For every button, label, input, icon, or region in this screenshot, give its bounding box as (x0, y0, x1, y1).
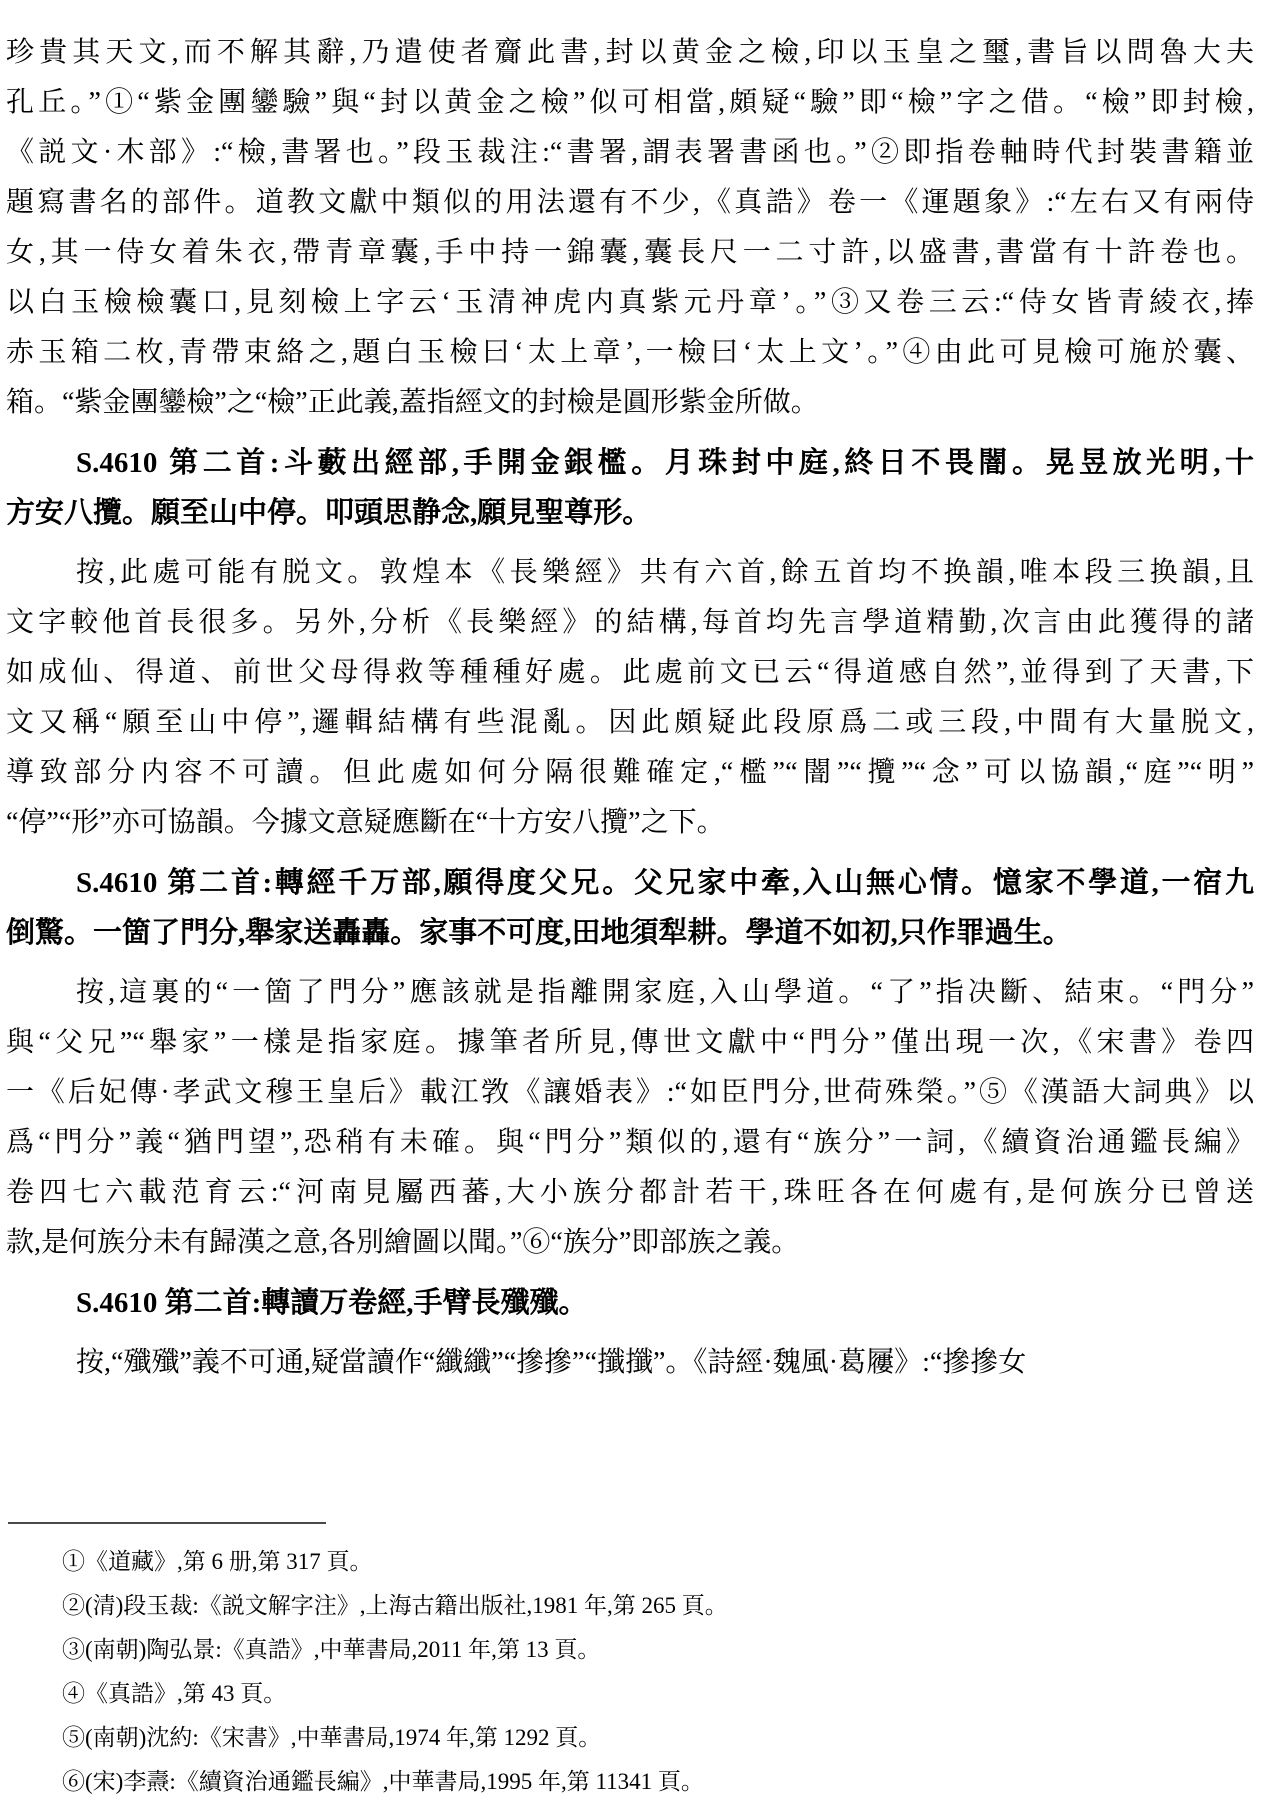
body-text-line: 導致部分内容不可讀。但此處如何分隔很難確定,“檻”“闇”“攬”“念”可以協韻,“… (6, 748, 1254, 798)
body-text-line: 文又稱“願至山中停”,邏輯結構有些混亂。因此頗疑此段原爲二或三段,中間有大量脱文… (6, 698, 1254, 748)
footnote-separator (8, 1522, 326, 1524)
body-text-line: 款,是何族分未有歸漢之意,各別繪圖以聞。”⑥“族分”即部族之義。 (6, 1218, 1254, 1268)
body-text-line: 孔丘。”①“紫金團鑾驗”與“封以黄金之檢”似可相當,頗疑“驗”即“檢”字之借。“… (6, 78, 1254, 128)
heading-line: 方安八攬。願至山中停。叩頭思静念,願見聖尊形。 (6, 488, 1254, 538)
body-text-line: 以白玉檢檢囊口,見刻檢上字云‘玉清神虎内真紫元丹章’。”③又卷三云:“侍女皆青綾… (6, 278, 1254, 328)
footnote-item: ④《真誥》,第 43 頁。 (62, 1672, 1254, 1716)
body-text-line: “停”“形”亦可協韻。今據文意疑應斷在“十方安八攬”之下。 (6, 798, 1254, 848)
paragraph-block: 按,“殲殲”義不可通,疑當讀作“纖纖”“摻摻”“攕攕”。《詩經·魏風·葛屨》:“… (6, 1338, 1254, 1388)
heading-block: S.4610 第二首:轉讀万卷經,手臂長殲殲。 (6, 1278, 1254, 1328)
paragraph-block: 按,這裏的“一箇了門分”應該就是指離開家庭,入山學道。“了”指决斷、結束。“門分… (6, 968, 1254, 1268)
body-text-line: 如成仙、得道、前世父母得救等種種好處。此處前文已云“得道感自然”,並得到了天書,… (6, 648, 1254, 698)
body-text-line: 爲“門分”義“猶門望”,恐稍有未確。與“門分”類似的,還有“族分”一詞,《續資治… (6, 1118, 1254, 1168)
footnote-item: ⑥(宋)李燾:《續資治通鑑長編》,中華書局,1995 年,第 11341 頁。 (62, 1760, 1254, 1804)
heading-line: S.4610 第二首:斗藪出經部,手開金銀檻。月珠封中庭,終日不畏闇。晃昱放光明… (6, 438, 1254, 488)
paper-page: 珍貴其天文,而不解其辭,乃遣使者齎此書,封以黄金之檢,印以玉皇之璽,書旨以問魯大… (0, 0, 1280, 1811)
body-text-line: 卷四七六載范育云:“河南見屬西蕃,大小族分都計若干,珠旺各在何處有,是何族分已曾… (6, 1168, 1254, 1218)
body-text-line: 按,這裏的“一箇了門分”應該就是指離開家庭,入山學道。“了”指决斷、結束。“門分… (6, 968, 1254, 1018)
body-text-line: 一《后妃傳·孝武文穆王皇后》載江敩《讓婚表》:“如臣門分,世荷殊榮。”⑤《漢語大… (6, 1068, 1254, 1118)
body-text-line: 文字較他首長很多。另外,分析《長樂經》的結構,每首均先言學道精勤,次言由此獲得的… (6, 598, 1254, 648)
body-text-line: 題寫書名的部件。道教文獻中類似的用法還有不少,《真誥》卷一《運題象》:“左右又有… (6, 178, 1254, 228)
heading-line: 倒驚。一箇了門分,舉家送轟轟。家事不可度,田地須犁耕。學道不如初,只作罪過生。 (6, 908, 1254, 958)
body-text-line: 按,此處可能有脱文。敦煌本《長樂經》共有六首,餘五首均不换韻,唯本段三换韻,且 (6, 548, 1254, 598)
paragraph-block: 按,此處可能有脱文。敦煌本《長樂經》共有六首,餘五首均不换韻,唯本段三换韻,且文… (6, 548, 1254, 848)
footnote-item: ⑤(南朝)沈約:《宋書》,中華書局,1974 年,第 1292 頁。 (62, 1716, 1254, 1760)
footnotes-list: ①《道藏》,第 6 册,第 317 頁。②(清)段玉裁:《説文解字注》,上海古籍… (6, 1540, 1254, 1804)
body-text-line: 《説文·木部》:“檢,書署也。”段玉裁注:“書署,謂表署書函也。”②即指卷軸時代… (6, 128, 1254, 178)
footnote-item: ②(清)段玉裁:《説文解字注》,上海古籍出版社,1981 年,第 265 頁。 (62, 1584, 1254, 1628)
footnote-item: ①《道藏》,第 6 册,第 317 頁。 (62, 1540, 1254, 1584)
heading-block: S.4610 第二首:轉經千万部,願得度父兄。父兄家中牽,入山無心情。憶家不學道… (6, 858, 1254, 958)
paragraph-block: 珍貴其天文,而不解其辭,乃遣使者齎此書,封以黄金之檢,印以玉皇之璽,書旨以問魯大… (6, 28, 1254, 428)
heading-block: S.4610 第二首:斗藪出經部,手開金銀檻。月珠封中庭,終日不畏闇。晃昱放光明… (6, 438, 1254, 538)
body-text-line: 按,“殲殲”義不可通,疑當讀作“纖纖”“摻摻”“攕攕”。《詩經·魏風·葛屨》:“… (6, 1338, 1254, 1388)
body-text-line: 珍貴其天文,而不解其辭,乃遣使者齎此書,封以黄金之檢,印以玉皇之璽,書旨以問魯大… (6, 28, 1254, 78)
document-body: 珍貴其天文,而不解其辭,乃遣使者齎此書,封以黄金之檢,印以玉皇之璽,書旨以問魯大… (6, 28, 1254, 1388)
body-text-line: 箱。“紫金團鑾檢”之“檢”正此義,蓋指經文的封檢是圓形紫金所做。 (6, 378, 1254, 428)
heading-line: S.4610 第二首:轉經千万部,願得度父兄。父兄家中牽,入山無心情。憶家不學道… (6, 858, 1254, 908)
body-text-line: 與“父兄”“舉家”一樣是指家庭。據筆者所見,傳世文獻中“門分”僅出現一次,《宋書… (6, 1018, 1254, 1068)
body-text-line: 赤玉箱二枚,青帶束絡之,題白玉檢曰‘太上章’,一檢曰‘太上文’。”④由此可見檢可… (6, 328, 1254, 378)
heading-line: S.4610 第二首:轉讀万卷經,手臂長殲殲。 (6, 1278, 1254, 1328)
body-text-line: 女,其一侍女着朱衣,帶青章囊,手中持一錦囊,囊長尺一二寸許,以盛書,書當有十許卷… (6, 228, 1254, 278)
footnote-item: ③(南朝)陶弘景:《真誥》,中華書局,2011 年,第 13 頁。 (62, 1628, 1254, 1672)
